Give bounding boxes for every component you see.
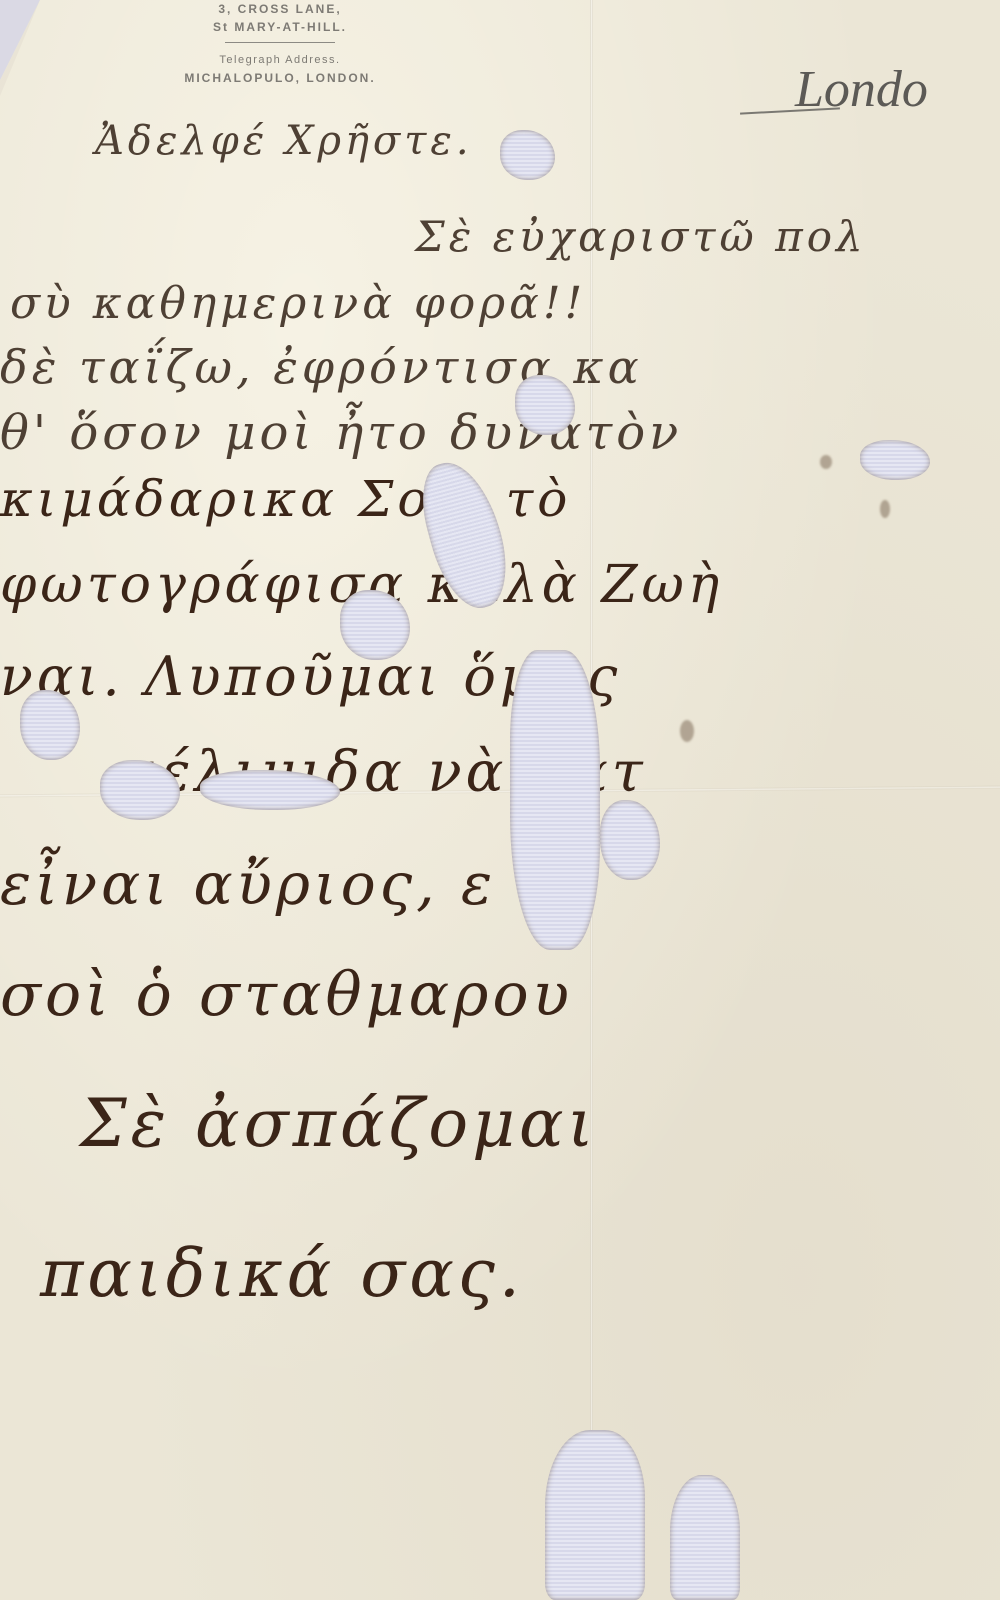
closing-line: Σὲ ἀσπάζομαι — [80, 1085, 597, 1162]
paper-hole — [510, 650, 600, 950]
place-heading: Londo — [795, 60, 928, 119]
salutation: Ἀδελφέ Χρῆστε. — [95, 118, 473, 164]
paper-hole — [860, 440, 930, 480]
stain-spot — [880, 500, 890, 518]
letterhead: 3, CROSS LANE, St MARY-AT-HILL. Telegrap… — [130, 0, 430, 87]
letter-line-2: σὺ καθημερινὰ φορᾶ!! — [10, 278, 586, 329]
stain-spot — [680, 720, 694, 742]
paper-hole — [545, 1430, 645, 1600]
letterhead-address-line-1: 3, CROSS LANE, — [130, 0, 430, 18]
paper-hole — [670, 1475, 740, 1600]
telegraph-address: MICHALOPULO, LONDON. — [130, 69, 430, 87]
letterhead-address-line-2: St MARY-AT-HILL. — [130, 18, 430, 36]
stain-spot — [820, 455, 832, 469]
letter-line-9: εἶναι αὔριος, ε — [0, 850, 496, 918]
signature-line: παιδικά σας. — [40, 1235, 524, 1312]
letter-line-1: Σὲ εὐχαριστῶ πολ — [415, 212, 867, 261]
telegraph-label: Telegraph Address. — [130, 51, 430, 69]
letterhead-divider — [225, 42, 335, 43]
letter-line-4: θ' ὅσον μοὶ ἦτο δυνατὸν — [0, 405, 682, 461]
paper-hole — [200, 770, 340, 810]
letter-photo: 3, CROSS LANE, St MARY-AT-HILL. Telegrap… — [0, 0, 1000, 1600]
letter-line-10: σοὶ ὁ σταθμαρου — [0, 960, 573, 1030]
